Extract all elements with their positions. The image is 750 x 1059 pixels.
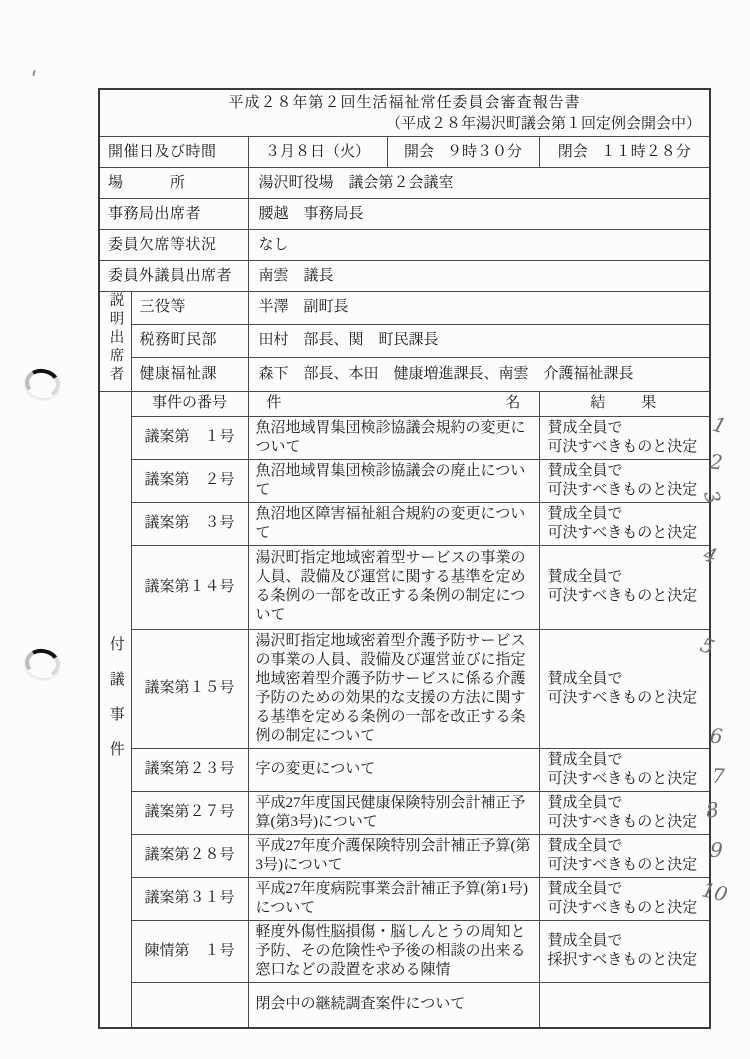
agenda-item-number: 議案第 １号 xyxy=(131,416,248,459)
column-header-name: 件 名 xyxy=(248,391,539,416)
agenda-item-number: 議案第１４号 xyxy=(131,545,248,629)
table-row: 議案第１４号 湯沢町指定地域密着型サービスの事業の人員、設備及び運営に関する基準… xyxy=(99,545,710,629)
agenda-item-name: 閉会中の継続調査案件について xyxy=(248,982,539,1028)
agenda-item-name: 軽度外傷性脳損傷・脳しんとうの周知と予防、その危険性や予後の相談の出来る窓口など… xyxy=(248,920,539,982)
margin-note-handwritten: 2 xyxy=(709,451,724,472)
agenda-item-result: 賛成全員で 可決すべきものと決定 xyxy=(539,416,710,459)
agenda-item-number: 議案第３１号 xyxy=(131,877,248,920)
presenters-group-label: 説明出席者 xyxy=(108,292,123,385)
table-row: 説明出席者 三役等 半澤 副町長 xyxy=(99,292,710,325)
presenter-value: 田村 部長、関 町民課長 xyxy=(248,324,710,357)
open-label: 開会 xyxy=(404,144,434,160)
margin-note-handwritten: 10 xyxy=(700,879,730,905)
table-row: 税務町民部 田村 部長、関 町民課長 xyxy=(99,324,710,357)
agenda-item-result: 賛成全員で 可決すべきものと決定 xyxy=(539,545,710,629)
punch-hole-top-icon xyxy=(22,366,62,402)
agenda-group-cell: 付議事件 xyxy=(99,391,131,1028)
report-table: 平成２８年第２回生活福祉常任委員会審査報告書 （平成２８年湯沢町議会第１回定例会… xyxy=(98,88,711,1029)
presenter-label: 健康福祉課 xyxy=(131,357,248,391)
place-value: 湯沢町役場 議会第２会議室 xyxy=(248,168,710,199)
table-row: 開催日及び時間 ３月８日（火） 開会９時３０分 閉会１１時２８分 xyxy=(99,137,710,168)
margin-note-handwritten: 8 xyxy=(705,799,720,820)
presenter-label: 三役等 xyxy=(131,292,248,325)
column-header-result: 結 果 xyxy=(539,391,710,416)
table-row: 平成２８年第２回生活福祉常任委員会審査報告書 （平成２８年湯沢町議会第１回定例会… xyxy=(99,89,710,137)
nonmember-value: 南雲 議長 xyxy=(248,261,710,292)
agenda-item-number: 陳情第 １号 xyxy=(131,920,248,982)
punch-hole-bottom-icon xyxy=(22,646,62,682)
schedule-close: 閉会１１時２８分 xyxy=(539,137,710,168)
secretariat-label: 事務局出席者 xyxy=(99,199,248,230)
agenda-item-name: 平成27年度国民健康保険特別会計補正予算(第3号)について xyxy=(248,791,539,834)
table-row: 議案第 １号 魚沼地域胃集団検診協議会規約の変更について 賛成全員で 可決すべき… xyxy=(99,416,710,459)
page-subtitle: （平成２８年湯沢町議会第１回定例会開会中） xyxy=(106,115,703,134)
agenda-item-name: 湯沢町指定地域密着型サービスの事業の人員、設備及び運営に関する基準を定める条例の… xyxy=(248,545,539,629)
agenda-item-name: 平成27年度病院事業会計補正予算(第1号)について xyxy=(248,877,539,920)
place-label: 場 所 xyxy=(99,168,248,199)
presenters-group-cell: 説明出席者 xyxy=(99,292,131,392)
table-row: 議案第２８号 平成27年度介護保険特別会計補正予算(第3号)について 賛成全員で… xyxy=(99,834,710,877)
agenda-item-result: 賛成全員で 可決すべきものと決定 xyxy=(539,502,710,545)
close-time: １１時２８分 xyxy=(601,144,691,160)
agenda-item-result: 賛成全員で 可決すべきものと決定 xyxy=(539,877,710,920)
agenda-item-result: 賛成全員で 可決すべきものと決定 xyxy=(539,791,710,834)
agenda-item-result: 賛成全員で 可決すべきものと決定 xyxy=(539,748,710,791)
schedule-label: 開催日及び時間 xyxy=(99,137,248,168)
agenda-item-result: 賛成全員で 可決すべきものと決定 xyxy=(539,629,710,748)
table-row: 委員外議員出席者 南雲 議長 xyxy=(99,261,710,292)
schedule-open: 開会９時３０分 xyxy=(387,137,539,168)
agenda-item-number: 議案第２８号 xyxy=(131,834,248,877)
page-title: 平成２８年第２回生活福祉常任委員会審査報告書 xyxy=(106,94,703,113)
table-row: 事務局出席者 腰越 事務局長 xyxy=(99,199,710,230)
table-row: 議案第２３号 字の変更について 賛成全員で 可決すべきものと決定 xyxy=(99,748,710,791)
margin-note-handwritten: 7 xyxy=(712,766,725,786)
agenda-item-result: 賛成全員で 採択すべきものと決定 xyxy=(539,920,710,982)
column-header-name-right: 名 xyxy=(505,394,520,413)
table-row: 健康福祉課 森下 部長、本田 健康増進課長、南雲 介護福祉課長 xyxy=(99,357,710,391)
agenda-item-name: 字の変更について xyxy=(248,748,539,791)
agenda-item-name: 魚沼地区障害福祉組合規約の変更について xyxy=(248,502,539,545)
agenda-item-number: 議案第２３号 xyxy=(131,748,248,791)
table-row: 場 所 湯沢町役場 議会第２会議室 xyxy=(99,168,710,199)
table-row: 議案第３１号 平成27年度病院事業会計補正予算(第1号)について 賛成全員で 可… xyxy=(99,877,710,920)
margin-note-handwritten: 6 xyxy=(709,726,723,747)
scan-speck xyxy=(32,70,35,76)
table-row: 付議事件 事件の番号 件 名 結 果 xyxy=(99,391,710,416)
close-label: 閉会 xyxy=(558,144,588,160)
column-header-number: 事件の番号 xyxy=(131,391,248,416)
column-header-name-left: 件 xyxy=(267,394,282,413)
table-row: 議案第 ２号 魚沼地域胃集団検診協議会の廃止について 賛成全員で 可決すべきもの… xyxy=(99,459,710,502)
presenter-label: 税務町民部 xyxy=(131,324,248,357)
open-time: ９時３０分 xyxy=(447,144,522,160)
table-row: 閉会中の継続調査案件について xyxy=(99,982,710,1028)
agenda-item-number: 議案第 ３号 xyxy=(131,502,248,545)
margin-note-handwritten: 1 xyxy=(710,414,728,437)
scanned-report-page: { "title": { "line1": "平成２８年第２回生活福祉常任委員会… xyxy=(0,0,750,1059)
agenda-item-number xyxy=(131,982,248,1028)
table-row: 議案第１５号 湯沢町指定地域密着型介護予防サービスの事業の人員、設備及び運営並び… xyxy=(99,629,710,748)
presenter-value: 半澤 副町長 xyxy=(248,292,710,325)
table-row: 陳情第 １号 軽度外傷性脳損傷・脳しんとうの周知と予防、その危険性や予後の相談の… xyxy=(99,920,710,982)
absence-label: 委員欠席等状況 xyxy=(99,230,248,261)
secretariat-value: 腰越 事務局長 xyxy=(248,199,710,230)
table-row: 議案第 ３号 魚沼地区障害福祉組合規約の変更について 賛成全員で 可決すべきもの… xyxy=(99,502,710,545)
nonmember-label: 委員外議員出席者 xyxy=(99,261,248,292)
agenda-item-result: 賛成全員で 可決すべきものと決定 xyxy=(539,834,710,877)
agenda-item-name: 魚沼地域胃集団検診協議会規約の変更について xyxy=(248,416,539,459)
agenda-item-name: 湯沢町指定地域密着型介護予防サービスの事業の人員、設備及び運営並びに指定地域密着… xyxy=(248,629,539,748)
agenda-item-name: 魚沼地域胃集団検診協議会の廃止について xyxy=(248,459,539,502)
absence-value: なし xyxy=(248,230,710,261)
table-row: 委員欠席等状況 なし xyxy=(99,230,710,261)
agenda-item-result: 賛成全員で 可決すべきものと決定 xyxy=(539,459,710,502)
agenda-group-label: 付議事件 xyxy=(108,636,123,776)
agenda-item-number: 議案第２７号 xyxy=(131,791,248,834)
agenda-item-result xyxy=(539,982,710,1028)
schedule-date: ３月８日（火） xyxy=(248,137,387,168)
agenda-item-number: 議案第１５号 xyxy=(131,629,248,748)
agenda-item-name: 平成27年度介護保険特別会計補正予算(第3号)について xyxy=(248,834,539,877)
margin-note-handwritten: 9 xyxy=(710,840,723,860)
report-title-cell: 平成２８年第２回生活福祉常任委員会審査報告書 （平成２８年湯沢町議会第１回定例会… xyxy=(99,89,710,137)
table-row: 議案第２７号 平成27年度国民健康保険特別会計補正予算(第3号)について 賛成全… xyxy=(99,791,710,834)
agenda-item-number: 議案第 ２号 xyxy=(131,459,248,502)
presenter-value: 森下 部長、本田 健康増進課長、南雲 介護福祉課長 xyxy=(248,357,710,391)
